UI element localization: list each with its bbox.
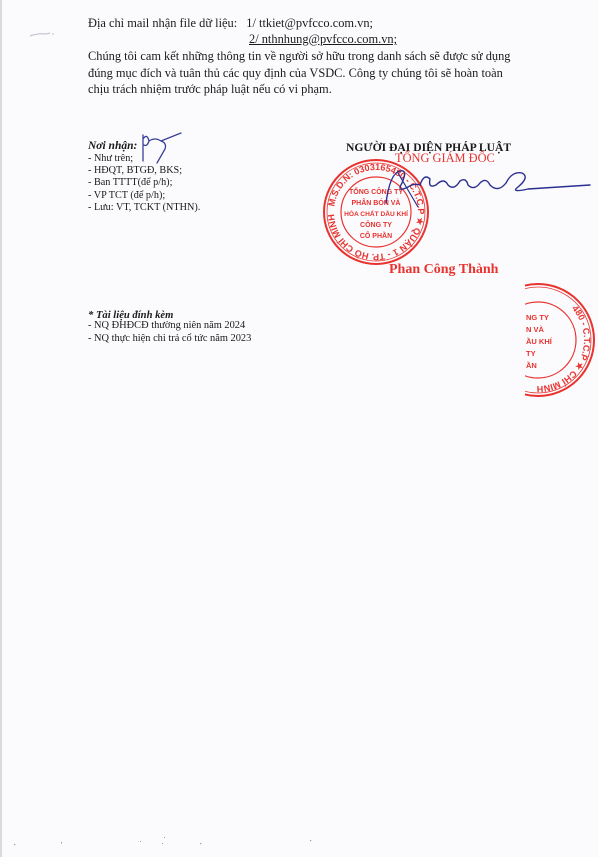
mail-label: Địa chỉ mail nhận file dữ liệu: — [88, 16, 237, 31]
seal-line: CÔNG TY — [360, 220, 392, 229]
attachments-list: - NQ ĐHĐCĐ thường niên năm 2024 - NQ thự… — [88, 320, 251, 345]
seal-line: CỔ PHẦN — [360, 230, 392, 240]
overlap-seal: 480 - C.T.C.P ★ CHÍ MINH NG TY N VÀ ẦU K… — [525, 282, 598, 399]
mail-line-1: Địa chỉ mail nhận file dữ liệu: 1/ ttkie… — [88, 16, 373, 31]
recipient-item: - VP TCT (để p/h); — [88, 190, 200, 202]
recipient-item: - HĐQT, BTGĐ, BKS; — [88, 165, 200, 177]
mail-line-2: 2/ nthnhung@pvfcco.com.vn; — [249, 32, 397, 47]
scan-specks — [0, 835, 598, 855]
commitment-line: chịu trách nhiệm trước pháp luật nếu có … — [88, 81, 528, 98]
half-seal-line: TY — [526, 349, 536, 358]
commitment-paragraph: Chúng tôi cam kết những thông tin về ngư… — [88, 48, 528, 98]
recipient-item: - Như trên; — [88, 153, 200, 165]
recipients-list: - Như trên; - HĐQT, BTGĐ, BKS; - Ban TTT… — [88, 153, 200, 214]
page-edge — [0, 0, 2, 857]
half-seal-line: NG TY — [526, 313, 549, 322]
half-seal-line: ẦN — [526, 360, 537, 370]
half-seal-line: N VÀ — [526, 325, 545, 334]
commitment-line: đúng mục đích và tuân thủ các quy định c… — [88, 65, 528, 82]
signature — [378, 163, 593, 213]
recipient-item: - Ban TTTT(để p/h); — [88, 177, 200, 189]
recipients-title: Nơi nhận: — [88, 139, 137, 154]
commitment-line: Chúng tôi cam kết những thông tin về ngư… — [88, 48, 528, 65]
signer-name: Phan Công Thành — [389, 262, 498, 277]
recipient-item: - Lưu: VT, TCKT (NTHN). — [88, 202, 200, 214]
attachment-item: - NQ ĐHĐCĐ thường niên năm 2024 — [88, 320, 251, 333]
half-seal-line: ẦU KHÍ — [526, 336, 553, 346]
attachment-item: - NQ thực hiện chi trả cổ tức năm 2023 — [88, 333, 251, 346]
mail-address-2[interactable]: 2/ nthnhung@pvfcco.com.vn; — [249, 32, 397, 46]
mail-address-1[interactable]: 1/ ttkiet@pvfcco.com.vn; — [246, 16, 373, 30]
scan-mark — [28, 30, 58, 38]
